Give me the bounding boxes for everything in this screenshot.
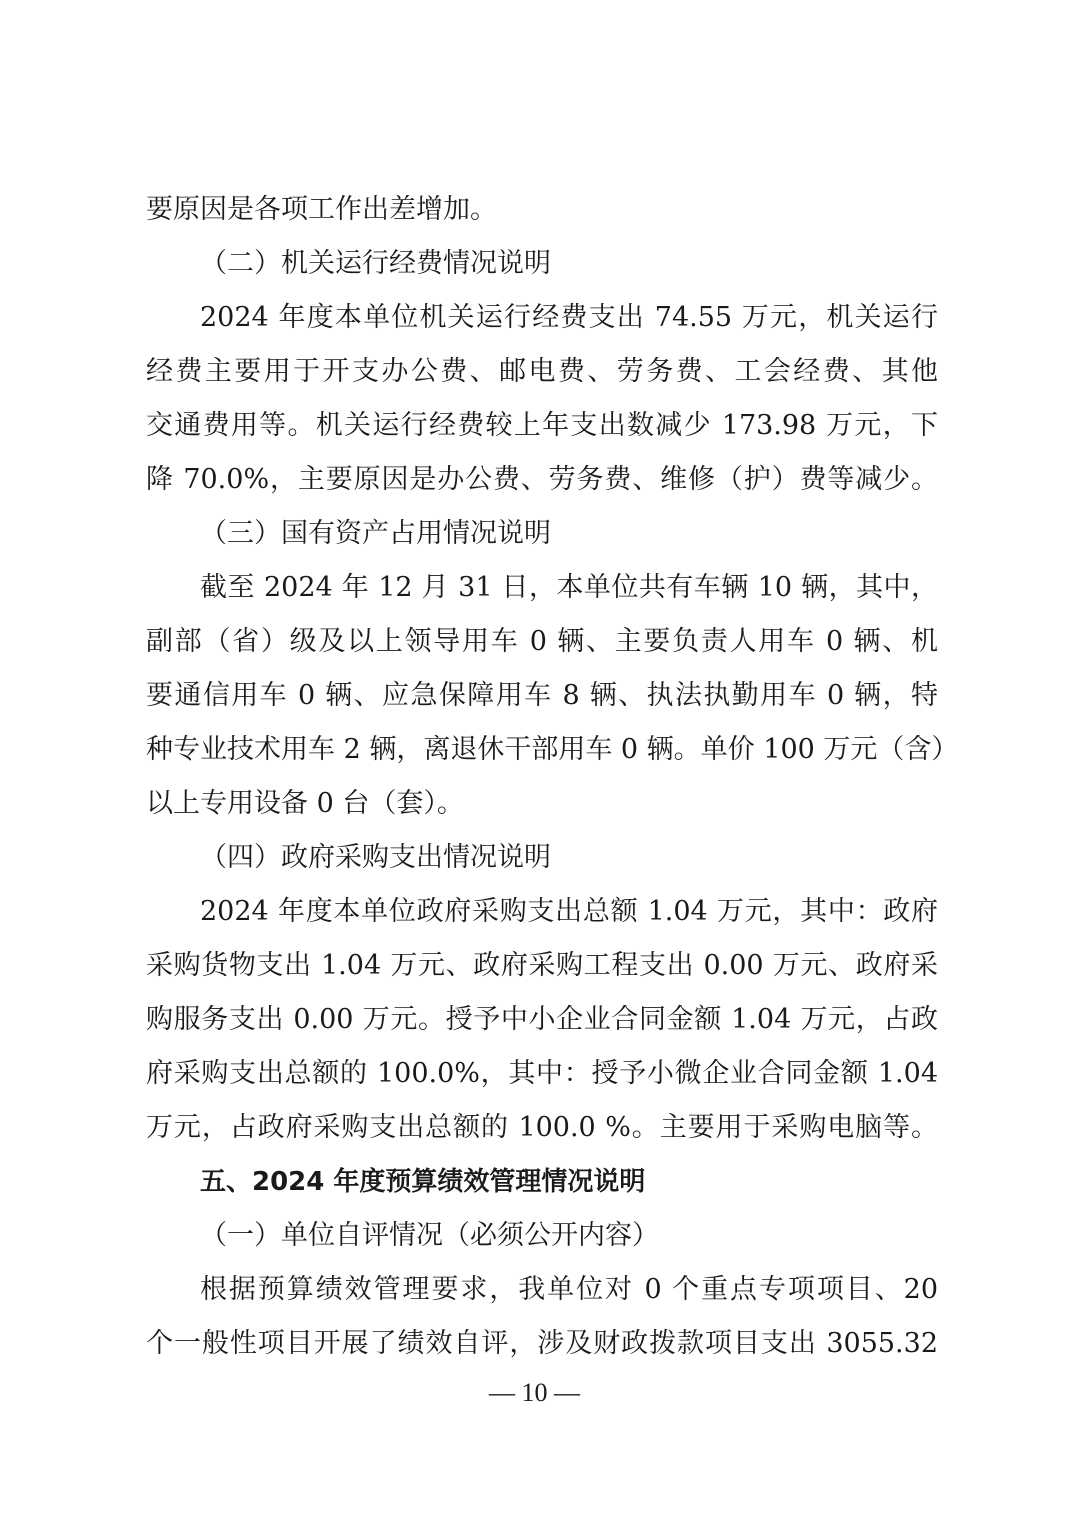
paragraph-line: 2024 年度本单位机关运行经费支出 74.55 万元，机关运行 [200,291,938,345]
paragraph-line: 府采购支出总额的 100.0%，其中：授予小微企业合同金额 1.04 [146,1047,938,1101]
paragraph-line: 万元，占政府采购支出总额的 100.0 %。主要用于采购电脑等。 [146,1101,938,1155]
paragraph-line: 2024 年度本单位政府采购支出总额 1.04 万元，其中：政府 [200,885,938,939]
paragraph-line: 要原因是各项工作出差增加。 [146,183,938,237]
paragraph-line: 根据预算绩效管理要求，我单位对 0 个重点专项项目、20 [200,1263,938,1317]
paragraph-line: 交通费用等。机关运行经费较上年支出数减少 173.98 万元，下 [146,399,938,453]
paragraph-line: 副部（省）级及以上领导用车 0 辆、主要负责人用车 0 辆、机 [146,615,938,669]
subsection-heading-1: （一）单位自评情况（必须公开内容） [200,1209,938,1263]
paragraph-line: 截至 2024 年 12 月 31 日，本单位共有车辆 10 辆，其中， [200,561,938,615]
page-number: — 10 — [0,1378,1069,1408]
section-heading-3: （三）国有资产占用情况说明 [200,507,938,561]
section-heading-5: 五、2024 年度预算绩效管理情况说明 [200,1155,938,1209]
paragraph-line: 购服务支出 0.00 万元。授予中小企业合同金额 1.04 万元，占政 [146,993,938,1047]
section-heading-2: （二）机关运行经费情况说明 [200,237,938,291]
paragraph-line: 要通信用车 0 辆、应急保障用车 8 辆、执法执勤用车 0 辆，特 [146,669,938,723]
paragraph-line: 降 70.0%，主要原因是办公费、劳务费、维修（护）费等减少。 [146,453,938,507]
paragraph-line: 经费主要用于开支办公费、邮电费、劳务费、工会经费、其他 [146,345,938,399]
paragraph-line: 采购货物支出 1.04 万元、政府采购工程支出 0.00 万元、政府采 [146,939,938,993]
section-heading-4: （四）政府采购支出情况说明 [200,831,938,885]
document-page: 要原因是各项工作出差增加。 （二）机关运行经费情况说明 2024 年度本单位机关… [0,0,1069,1515]
paragraph-line: 以上专用设备 0 台（套）。 [146,777,938,831]
paragraph-line: 种专业技术用车 2 辆，离退休干部用车 0 辆。单价 100 万元（含） [146,723,938,777]
paragraph-line: 个一般性项目开展了绩效自评，涉及财政拨款项目支出 3055.32 [146,1317,938,1371]
